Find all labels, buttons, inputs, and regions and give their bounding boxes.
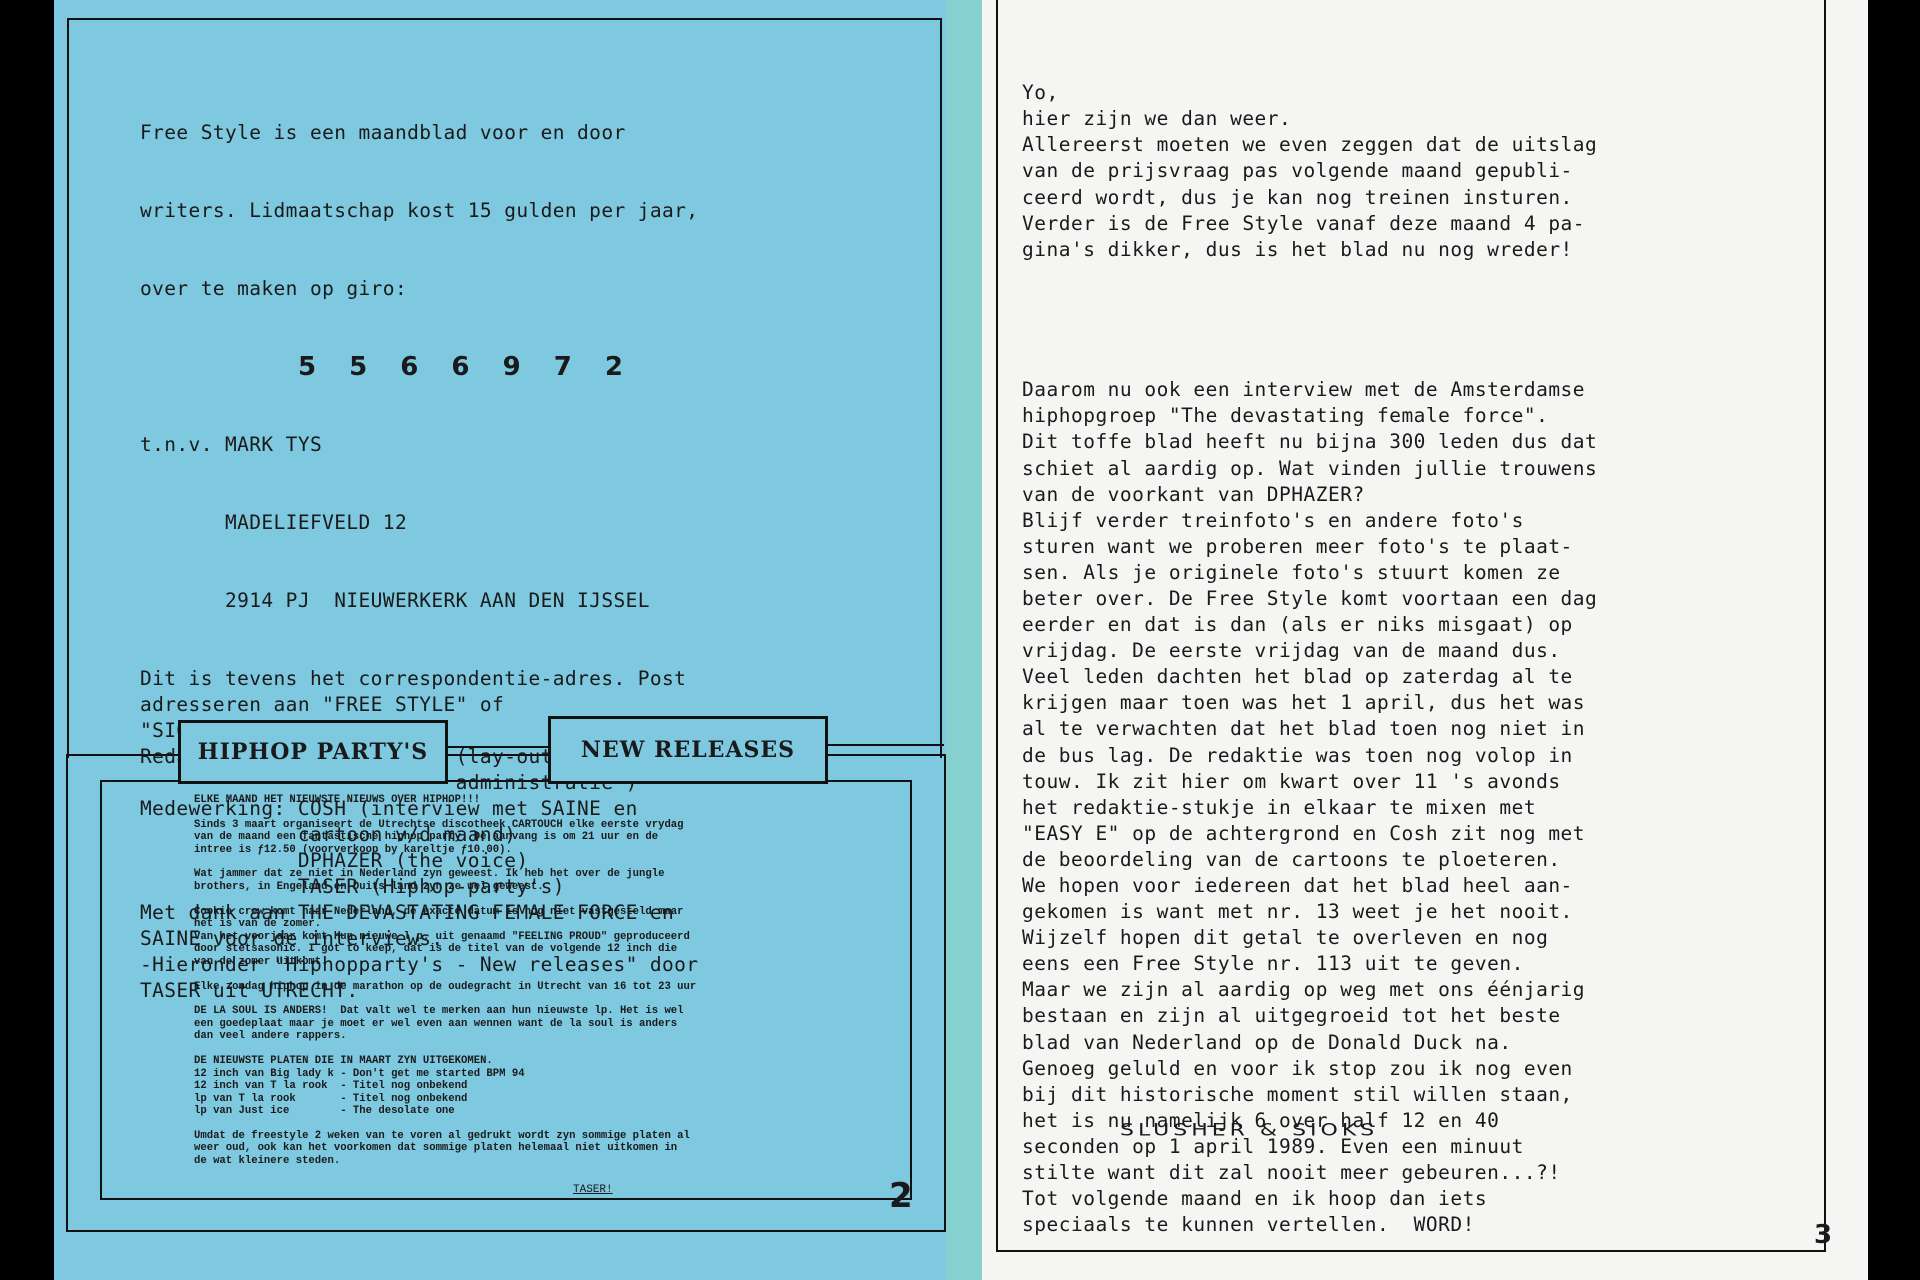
text-line: het redaktie-stukje in elkaar te mixen m…: [1022, 795, 1597, 821]
info-line: adresseren aan "FREE STYLE" of: [140, 692, 698, 718]
text-line: vrijdag. De eerste vrijdag van de maand …: [1022, 638, 1597, 664]
text-line: speciaals te kunnen vertellen. WORD!: [1022, 1212, 1597, 1238]
page-number-left: 2: [889, 1176, 913, 1216]
news-paragraph: Umdat de freestyle 2 weken van te voren …: [194, 1130, 834, 1168]
scan-border: [1868, 0, 1920, 1280]
giro-number: 5 5 6 6 9 7 2: [140, 354, 698, 380]
text-line: schiet al aardig op. Wat vinden jullie t…: [1022, 456, 1597, 482]
page-number-right: 3: [1814, 1220, 1832, 1250]
text-line: eens een Free Style nr. 113 uit te geven…: [1022, 951, 1597, 977]
text-line: de beoordeling van de cartoons te ploete…: [1022, 847, 1597, 873]
info-line: Dit is tevens het correspondentie-adres.…: [140, 666, 698, 692]
intro-line: Free Style is een maandblad voor en door: [140, 120, 698, 146]
signature: SLUSHER & SIOKS: [1120, 1121, 1378, 1140]
text-line: ceerd wordt, dus je kan nog treinen inst…: [1022, 185, 1597, 211]
text-line: de bus lag. De redaktie was toen nog vol…: [1022, 743, 1597, 769]
paragraph-1: Yo,hier zijn we dan weer.Allereerst moet…: [1022, 80, 1597, 263]
news-paragraph: DE NIEUWSTE PLATEN DIE IN MAART ZYN UITG…: [194, 1055, 834, 1118]
text-line: eerder en dat is dan (als er niks misgaa…: [1022, 612, 1597, 638]
news-paragraph: Cookie crew komt naar Nederland, de exac…: [194, 906, 834, 969]
text-line: Genoeg geluld en voor ik stop zou ik nog…: [1022, 1056, 1597, 1082]
tab-label: NEW RELEASES: [581, 737, 795, 763]
text-line: gina's dikker, dus is het blad nu nog wr…: [1022, 237, 1597, 263]
tab-connector: [826, 744, 944, 746]
text-line: touw. Ik zit hier om kwart over 11 's av…: [1022, 769, 1597, 795]
page-spine: [946, 0, 986, 1280]
intro-line: writers. Lidmaatschap kost 15 gulden per…: [140, 198, 698, 224]
text-line: Allereerst moeten we even zeggen dat de …: [1022, 132, 1597, 158]
text-line: Daarom nu ook een interview met de Amste…: [1022, 377, 1597, 403]
text-line: Maar we zijn al aardig op weg met ons éé…: [1022, 977, 1597, 1003]
news-paragraph: DE LA SOUL IS ANDERS! Dat valt wel te me…: [194, 1005, 834, 1043]
text-line: van de voorkant van DPHAZER?: [1022, 482, 1597, 508]
text-line: al te verwachten dat het blad toen nog n…: [1022, 716, 1597, 742]
news-paragraph: Sinds 3 maart organiseert de Utrechtse d…: [194, 819, 834, 857]
text-line: krijgen maar toen was het 1 april, dus h…: [1022, 690, 1597, 716]
address-line: 2914 PJ NIEUWERKERK AAN DEN IJSSEL: [140, 588, 698, 614]
text-line: hiphopgroep "The devastating female forc…: [1022, 403, 1597, 429]
text-line: sturen want we proberen meer foto's te p…: [1022, 534, 1597, 560]
text-line: Yo,: [1022, 80, 1597, 106]
text-line: gekomen is want met nr. 13 weet je het n…: [1022, 899, 1597, 925]
news-paragraph: ELKE MAAND HET NIEUWSTE NIEUWS OVER HIPH…: [194, 794, 834, 807]
editorial-letter: Yo,hier zijn we dan weer.Allereerst moet…: [1022, 28, 1597, 1264]
text-line: bestaan en zijn al uitgegroeid tot het b…: [1022, 1003, 1597, 1029]
paragraph-2: Daarom nu ook een interview met de Amste…: [1022, 377, 1597, 1238]
text-line: We hopen voor iedereen dat het blad heel…: [1022, 873, 1597, 899]
text-line: van de prijsvraag pas volgende maand gep…: [1022, 158, 1597, 184]
text-line: "EASY E" op de achtergrond en Cosh zit n…: [1022, 821, 1597, 847]
address-line: MADELIEFVELD 12: [140, 510, 698, 536]
tab-connector: [446, 746, 550, 748]
text-line: stilte want dit zal nooit meer gebeuren.…: [1022, 1160, 1597, 1186]
text-line: Blijf verder treinfoto's en andere foto'…: [1022, 508, 1597, 534]
text-line: hier zijn we dan weer.: [1022, 106, 1597, 132]
news-paragraph: Elke zondag hiphop in de marathon op de …: [194, 981, 834, 994]
news-paragraph: Wat jammer dat ze niet in Nederland zyn …: [194, 868, 834, 893]
tab-new-releases: NEW RELEASES: [548, 716, 828, 784]
tab-label: HIPHOP PARTY'S: [198, 739, 428, 765]
news-box-text: ELKE MAAND HET NIEUWSTE NIEUWS OVER HIPH…: [194, 794, 834, 1180]
text-line: Dit toffe blad heeft nu bijna 300 leden …: [1022, 429, 1597, 455]
text-line: Tot volgende maand en ik hoop dan iets: [1022, 1186, 1597, 1212]
intro-line: over te maken op giro:: [140, 276, 698, 302]
text-line: sen. Als je originele foto's stuurt kome…: [1022, 560, 1597, 586]
box-signature: TASER!: [573, 1184, 613, 1196]
tab-hiphop-party: HIPHOP PARTY'S: [178, 720, 448, 784]
text-line: blad van Nederland op de Donald Duck na.: [1022, 1030, 1597, 1056]
address-line: t.n.v. MARK TYS: [140, 432, 698, 458]
text-line: Wijzelf hopen dit getal te overleven en …: [1022, 925, 1597, 951]
text-line: Veel leden dachten het blad op zaterdag …: [1022, 664, 1597, 690]
text-line: beter over. De Free Style komt voortaan …: [1022, 586, 1597, 612]
text-line: bij dit historische moment stil willen s…: [1022, 1082, 1597, 1108]
text-line: Verder is de Free Style vanaf deze maand…: [1022, 211, 1597, 237]
